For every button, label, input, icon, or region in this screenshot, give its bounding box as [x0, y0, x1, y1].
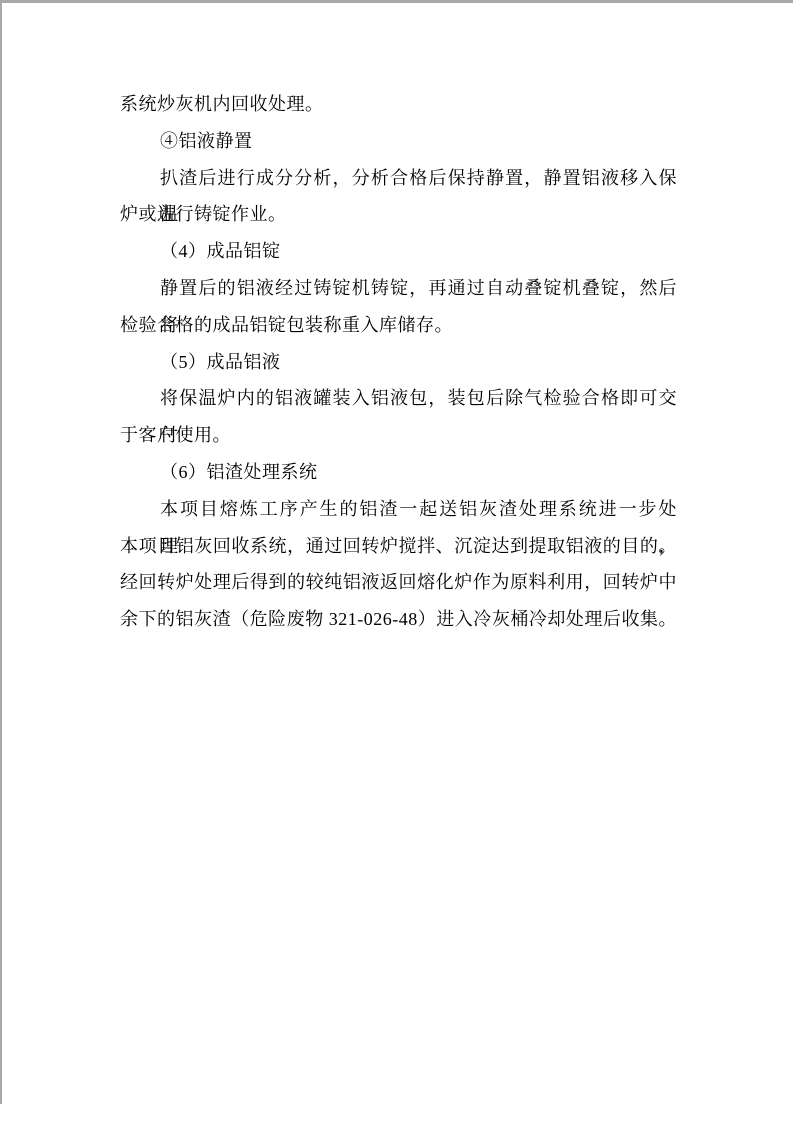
text-line: ④铝液静置 — [120, 123, 677, 160]
text-line: 本项目熔炼工序产生的铝渣一起送铝灰渣处理系统进一步处理， — [120, 491, 677, 528]
document-page: 系统炒灰机内回收处理。④铝液静置扒渣后进行成分分析，分析合格后保持静置，静置铝液… — [0, 0, 793, 1122]
text-line: 本项目铝灰回收系统，通过回转炉搅拌、沉淀达到提取铝液的目的。 — [120, 528, 677, 565]
document-text-block: 系统炒灰机内回收处理。④铝液静置扒渣后进行成分分析，分析合格后保持静置，静置铝液… — [120, 86, 677, 638]
text-line: 炉或进行铸锭作业。 — [120, 196, 677, 233]
text-line: 于客户使用。 — [120, 417, 677, 454]
text-line: 经回转炉处理后得到的较纯铝液返回熔化炉作为原料利用，回转炉中 — [120, 564, 677, 601]
text-line: 检验合格的成品铝锭包装称重入库储存。 — [120, 307, 677, 344]
text-line: 扒渣后进行成分分析，分析合格后保持静置，静置铝液移入保温 — [120, 160, 677, 197]
text-line: （4）成品铝锭 — [120, 233, 677, 270]
text-line: 静置后的铝液经过铸锭机铸锭，再通过自动叠锭机叠锭，然后将 — [120, 270, 677, 307]
text-line: 系统炒灰机内回收处理。 — [120, 86, 677, 123]
page-top-edge — [0, 0, 793, 3]
text-line: 余下的铝灰渣（危险废物 321-026-48）进入冷灰桶冷却处理后收集。 — [120, 601, 677, 638]
text-line: （5）成品铝液 — [120, 344, 677, 381]
text-line: （6）铝渣处理系统 — [120, 454, 677, 491]
text-line: 将保温炉内的铝液罐装入铝液包，装包后除气检验合格即可交付 — [120, 380, 677, 417]
page-left-edge — [0, 0, 2, 1104]
